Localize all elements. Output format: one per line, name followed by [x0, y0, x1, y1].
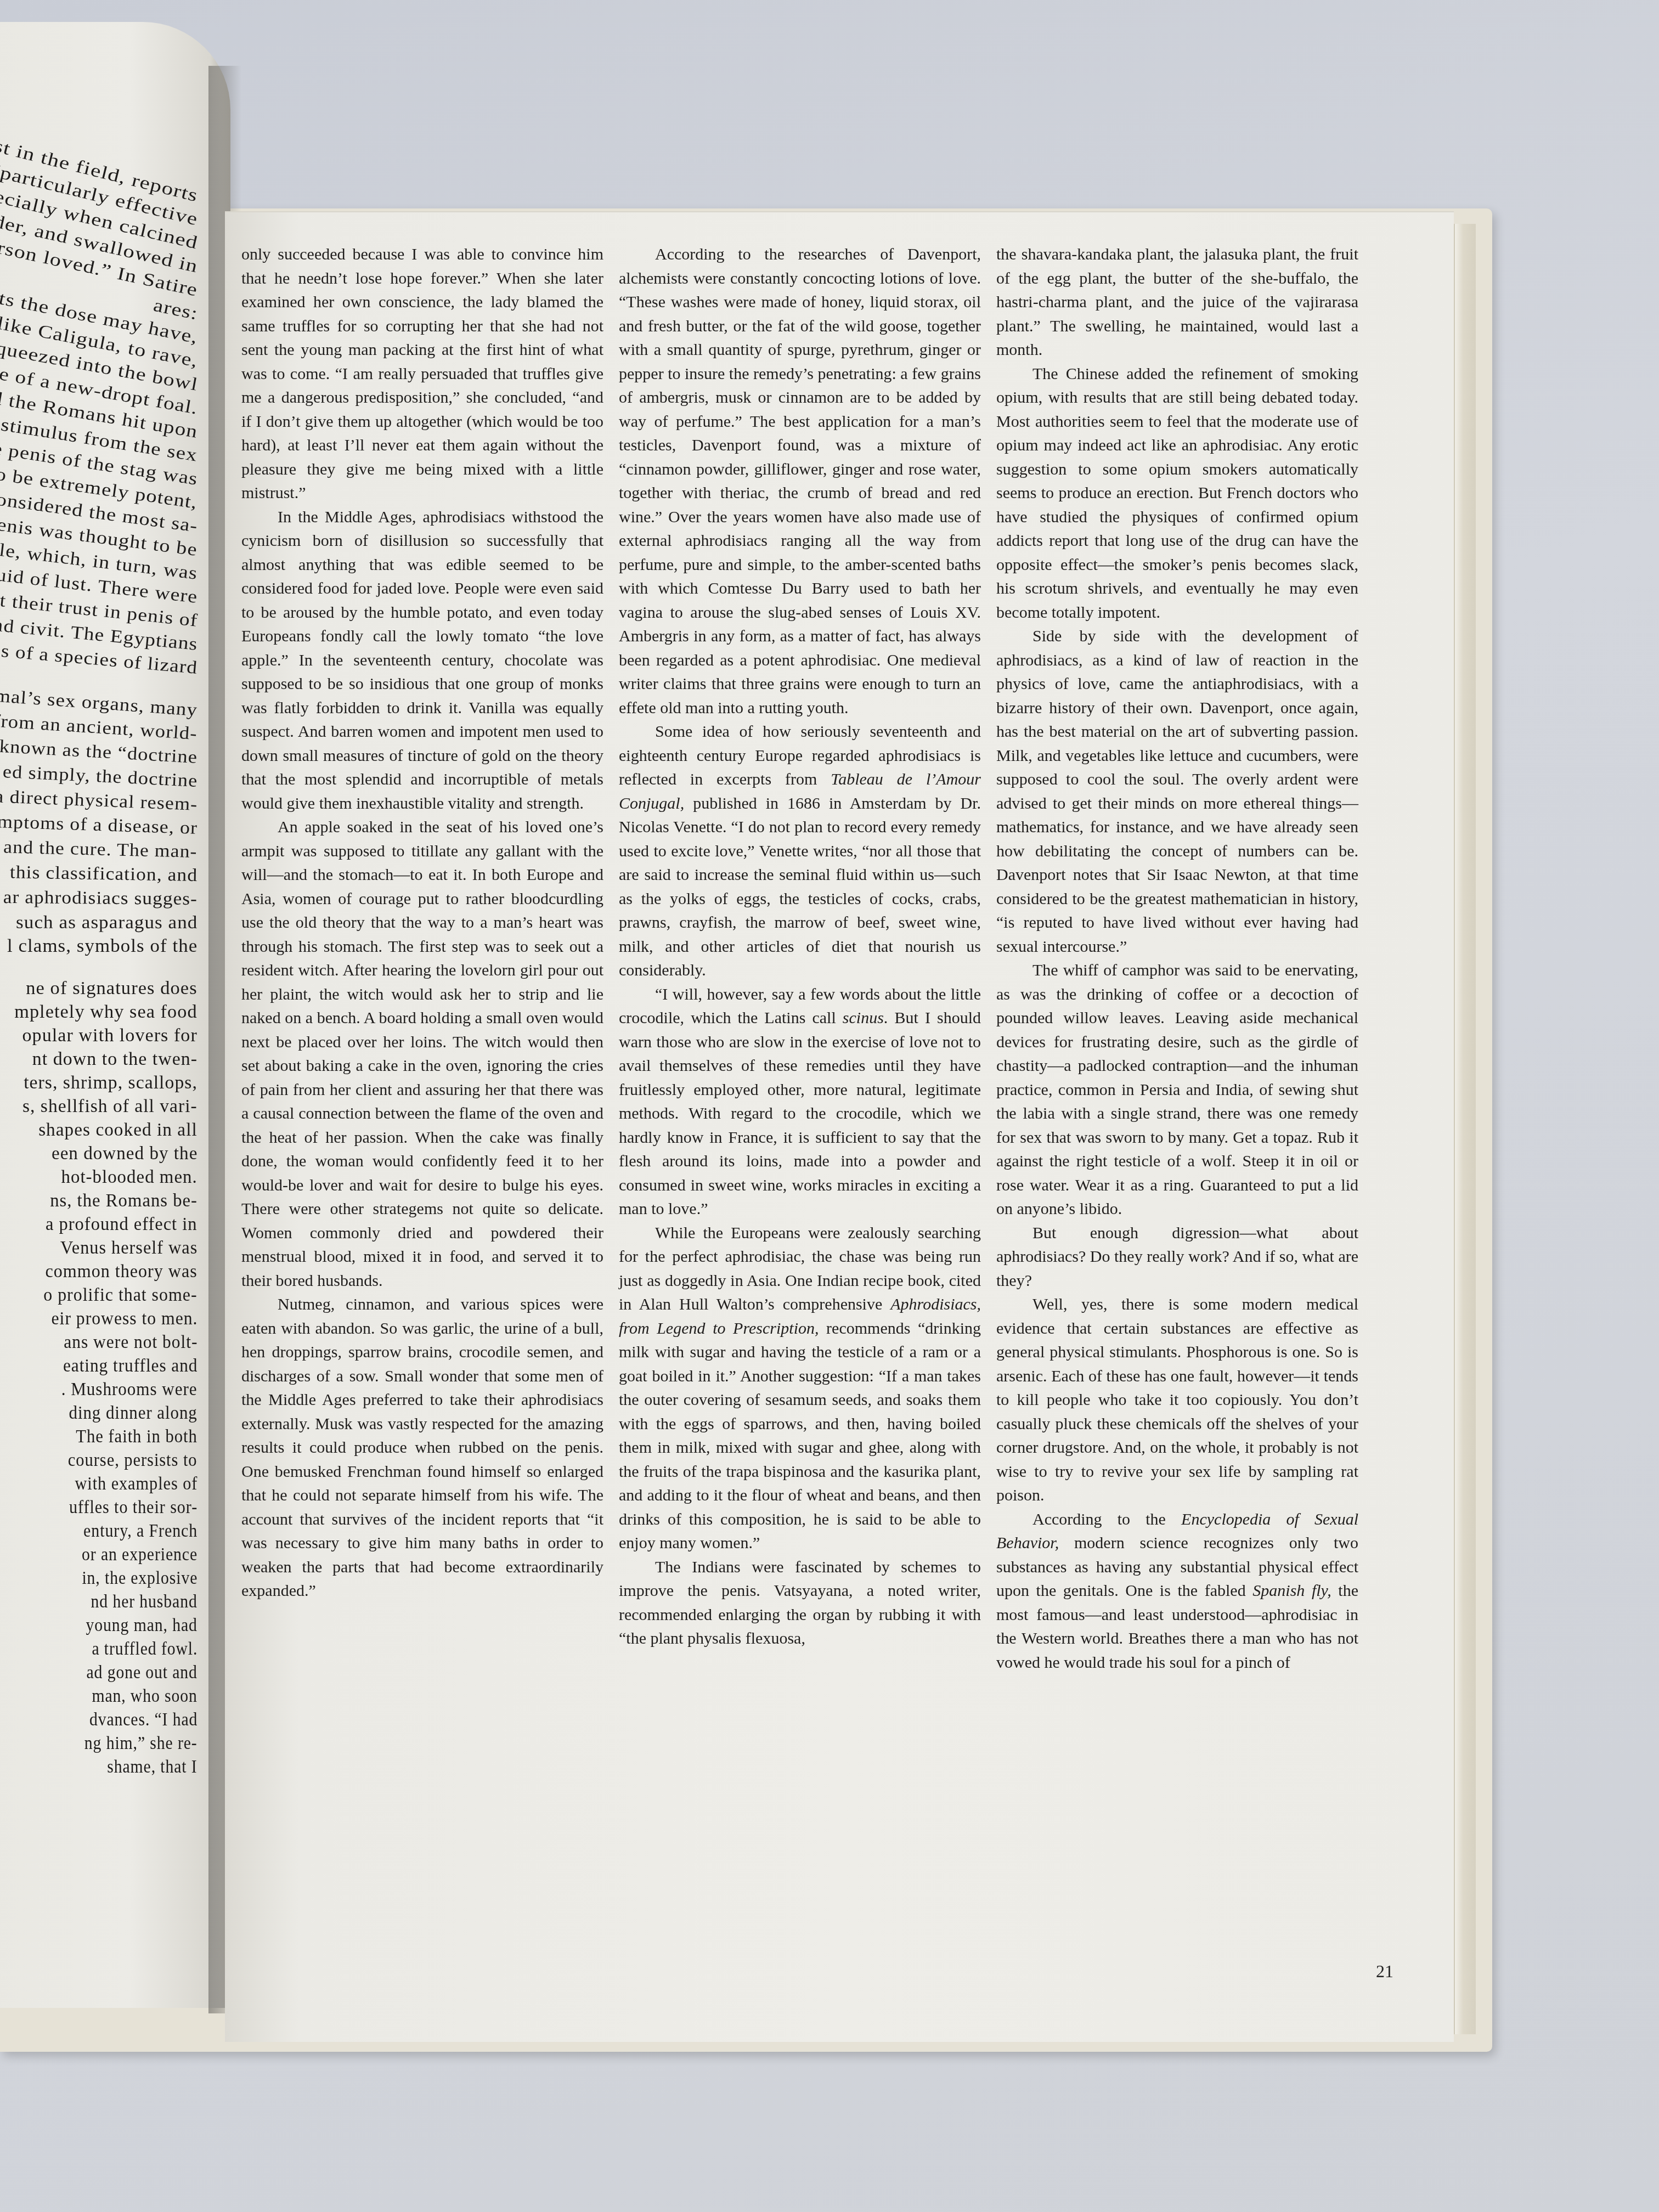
left-page-text-line: eir prowess to men. — [51, 1309, 198, 1329]
left-page-text-line: The faith in both — [76, 1427, 198, 1447]
left-page-text-line: ans were not bolt- — [64, 1333, 198, 1353]
left-page-text-line: eating truffles and — [63, 1356, 198, 1376]
paragraph: the shavara-kandaka plant, the jalasuka … — [996, 242, 1358, 362]
left-page-text-line: young man, had — [86, 1616, 198, 1636]
left-page-text-line: opular with lovers for — [22, 1026, 198, 1046]
left-page-text-line: s, shellfish of all vari- — [22, 1097, 198, 1117]
paragraph: In the Middle Ages, aphrodisiacs withsto… — [241, 505, 603, 816]
left-page-text-line: l clams, symbols of the — [7, 936, 198, 957]
left-page-text-line: ymptoms of a disease, or — [0, 812, 198, 839]
left-page-text-line: een downed by the — [52, 1144, 198, 1164]
left-page-text-line: Venus herself was — [60, 1238, 198, 1259]
right-page: only succeeded because I was able to con… — [225, 211, 1454, 2042]
column-2: According to the researches of Davenport… — [619, 242, 981, 1674]
left-page-text-line: nt down to the twen- — [32, 1049, 198, 1070]
paragraph: Side by side with the development of aph… — [996, 624, 1358, 958]
paragraph: The Indians were fascinated by schemes t… — [619, 1555, 981, 1651]
paragraph: Some idea of how seriously seventeenth a… — [619, 720, 981, 983]
left-page-text-line: man, who soon — [92, 1686, 198, 1707]
left-page-text-line: a truffled fowl. — [92, 1639, 198, 1660]
left-page-text-line: this classification, and — [9, 862, 198, 886]
paragraph: Well, yes, there is some modern medical … — [996, 1293, 1358, 1508]
left-page-text-line: course, persists to — [68, 1451, 198, 1471]
left-page-text-line: ding dinner along — [69, 1403, 198, 1424]
text-columns: only succeeded because I was able to con… — [241, 242, 1372, 1674]
paragraph: While the Europeans were zealously searc… — [619, 1221, 981, 1555]
paragraph: The Chinese added the refinement of smok… — [996, 362, 1358, 625]
paragraph: An apple soaked in the seat of his loved… — [241, 815, 603, 1293]
left-page-text-line: or an experience — [82, 1545, 198, 1565]
left-page-text-line: dvances. “I had — [89, 1710, 198, 1730]
paragraph: According to the Encyclopedia of Sexual … — [996, 1508, 1358, 1675]
left-page-text-line: uffles to their sor- — [69, 1498, 198, 1518]
left-page-text-line: ar aphrodisiacs sugges- — [3, 888, 198, 910]
paragraph: But enough digression—what about aphrodi… — [996, 1221, 1358, 1293]
paragraph: only succeeded because I was able to con… — [241, 242, 603, 505]
left-page: the best in the field, reportses was “pa… — [0, 22, 230, 2008]
left-page-text-line: common theory was — [46, 1262, 198, 1282]
left-page-text-line: ters, shrimp, scallops, — [24, 1073, 198, 1093]
column-3: the shavara-kandaka plant, the jalasuka … — [996, 242, 1358, 1674]
left-page-text-line: ns, the Romans be- — [50, 1191, 198, 1211]
left-page-text-line: shapes cooked in all — [38, 1120, 198, 1141]
left-page-text-line: ng him,” she re- — [84, 1734, 198, 1754]
left-page-text-line: o prolific that some- — [44, 1285, 198, 1306]
page-number: 21 — [1376, 1961, 1393, 1982]
left-page-text-line: shame, that I — [108, 1757, 198, 1778]
left-page-text-line: such as asparagus and — [16, 913, 198, 933]
left-page-text-line: a direct physical resem- — [0, 787, 198, 815]
column-1: only succeeded because I was able to con… — [241, 242, 603, 1674]
left-page-text-line: entury, a French — [83, 1521, 198, 1542]
left-page-text-line: a profound effect in — [46, 1215, 198, 1235]
left-page-text-line: mpletely why sea food — [14, 1002, 198, 1023]
paragraph: Nutmeg, cinnamon, and various spices wer… — [241, 1293, 603, 1603]
page-block-edge — [1454, 224, 1476, 2034]
left-page-text-line: . Mushrooms were — [61, 1380, 198, 1400]
paragraph: “I will, however, say a few words about … — [619, 983, 981, 1221]
left-page-text-line: hot-blooded men. — [61, 1167, 198, 1188]
left-page-text-line: in, the explosive — [82, 1568, 198, 1589]
paragraph: According to the researches of Davenport… — [619, 242, 981, 720]
left-page-text-line: with examples of — [75, 1474, 198, 1494]
left-page-text-line: and the cure. The man- — [3, 837, 198, 862]
paragraph: The whiff of camphor was said to be ener… — [996, 958, 1358, 1221]
left-page-text-line: ne of signatures does — [26, 979, 198, 999]
left-page-text-line: nd her husband — [91, 1592, 198, 1612]
left-page-text-line: ad gone out and — [87, 1663, 198, 1683]
